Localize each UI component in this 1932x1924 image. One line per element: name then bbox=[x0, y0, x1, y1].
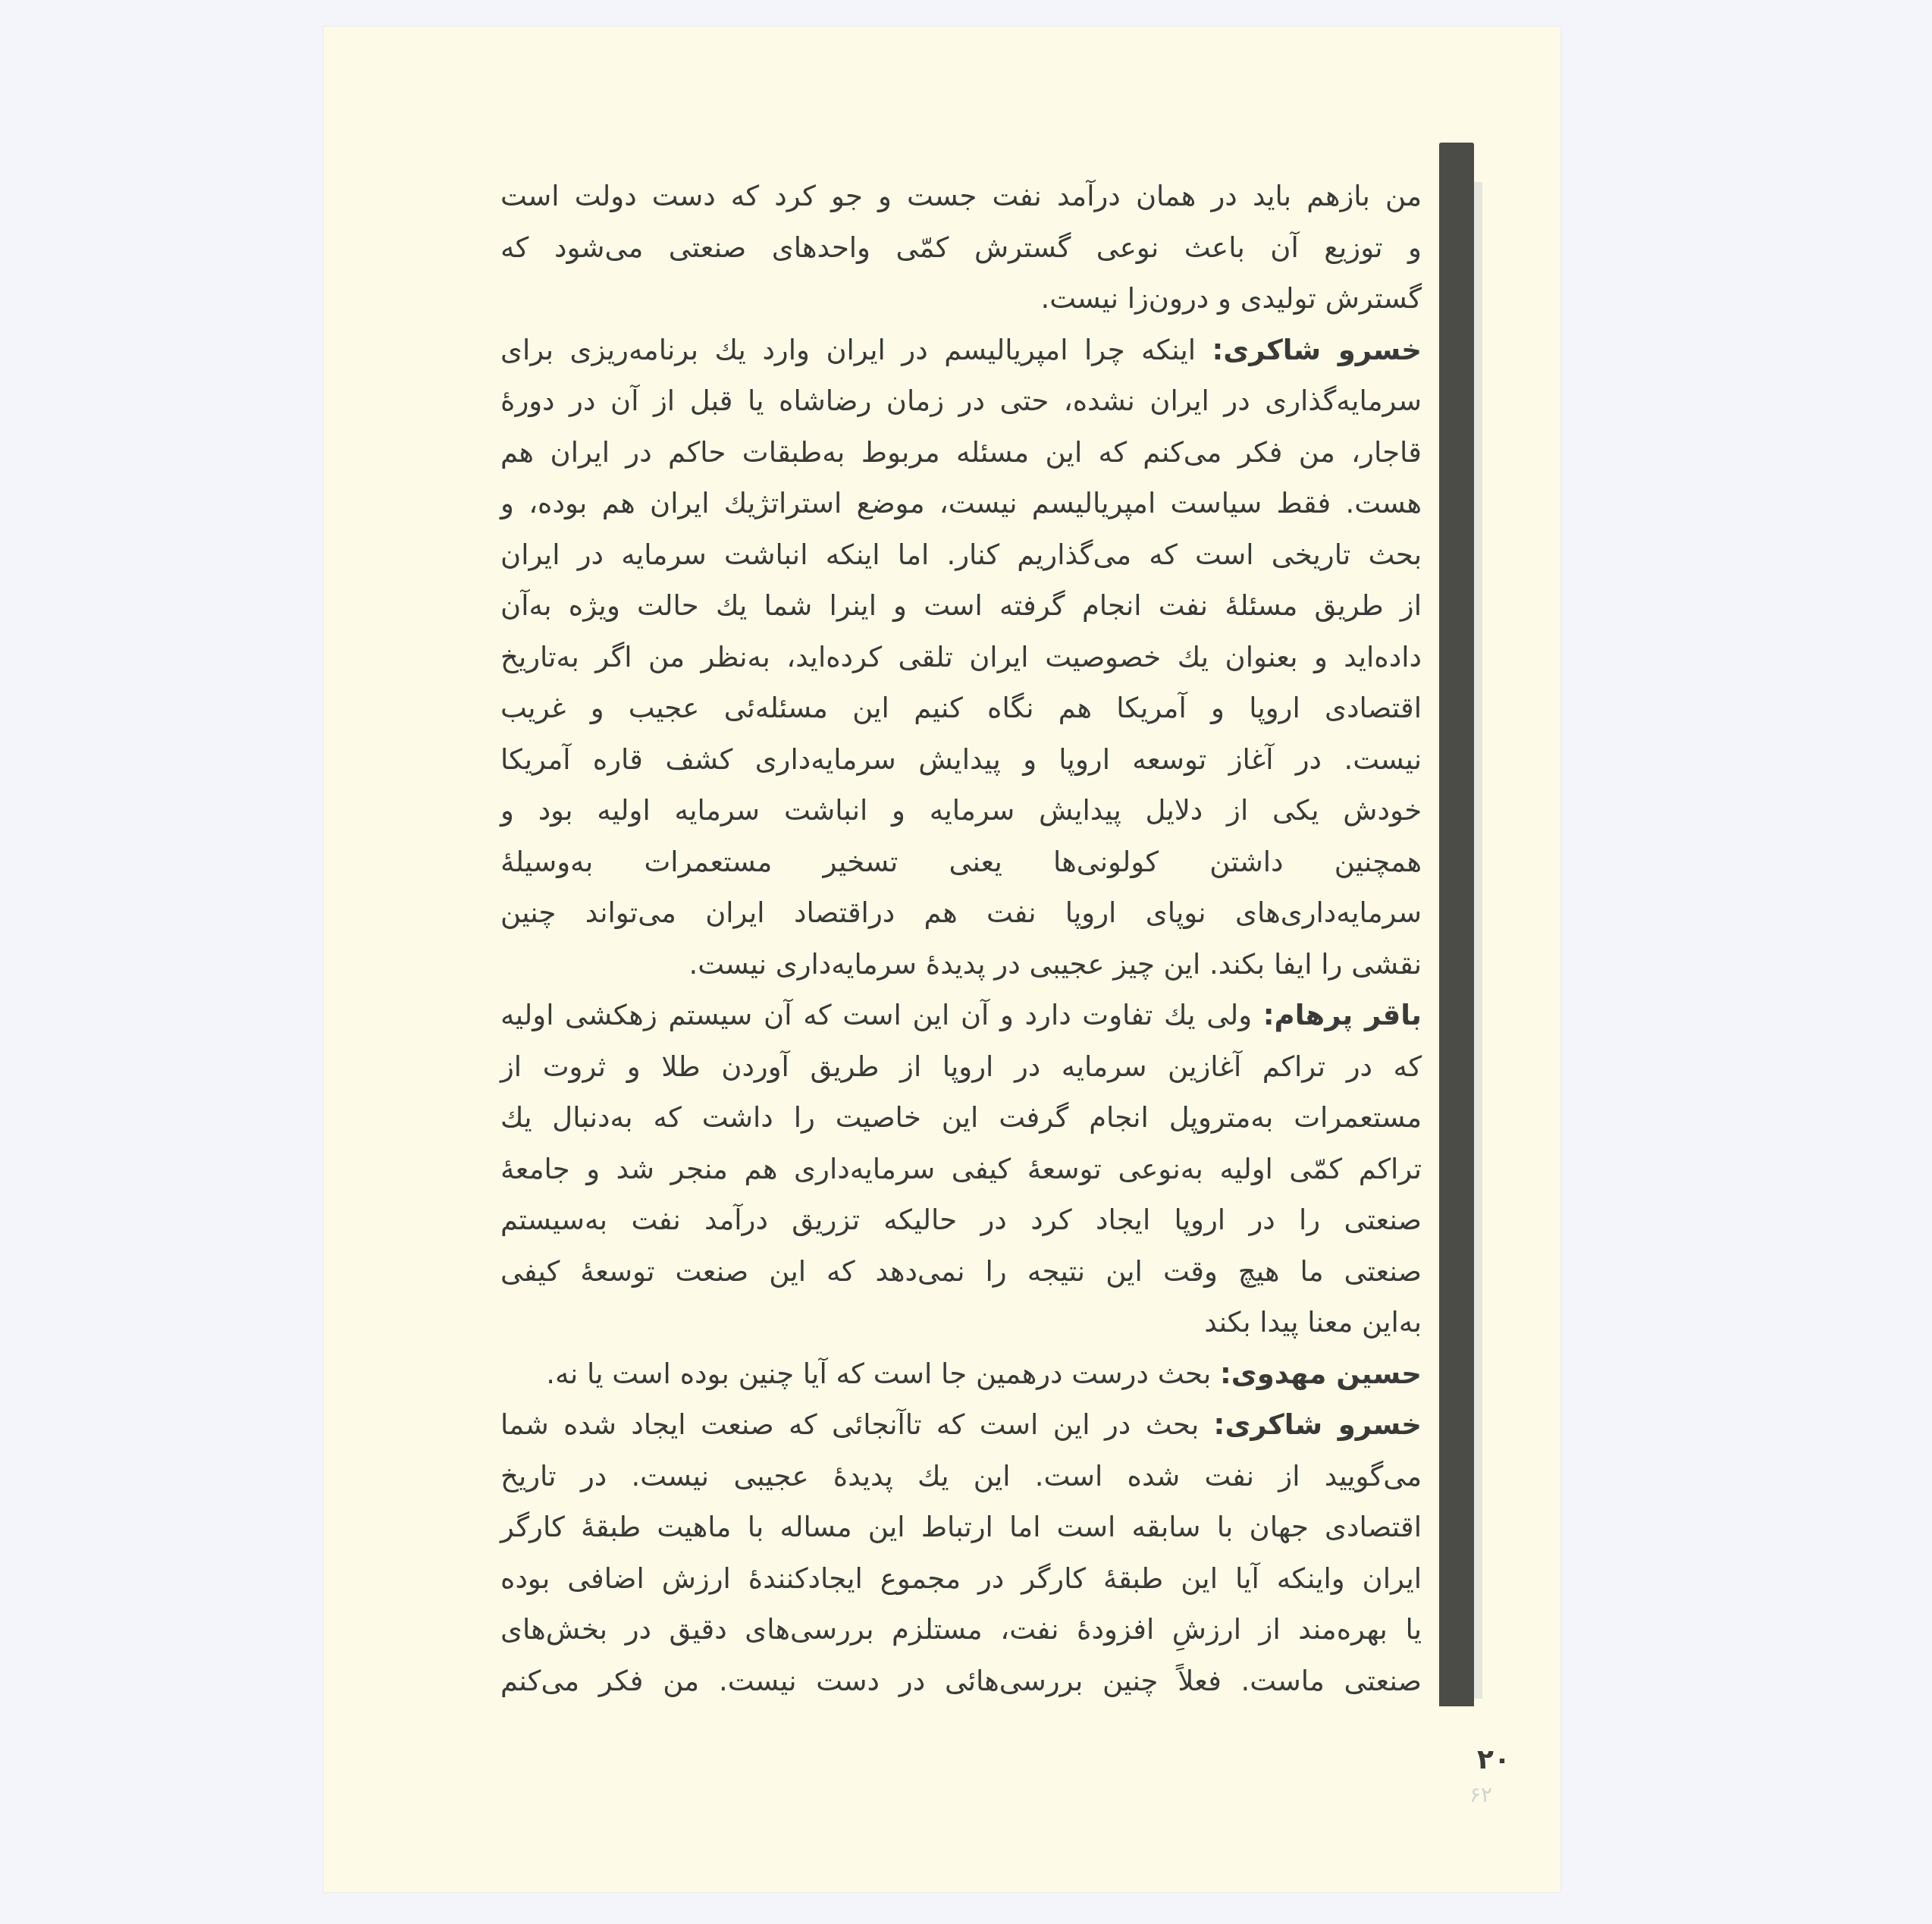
paragraph-bagher-parham: باقر پرهام: ولی یك تفاوت دارد و آن این ا… bbox=[500, 990, 1422, 1348]
line-text: بحث در این است که تاآنجائی که صنعت ایجاد… bbox=[500, 1408, 1199, 1441]
text-line: تراکم کمّی اولیه به‌نوعی توسعهٔ کیفی سرم… bbox=[500, 1144, 1422, 1195]
text-line: قاجار، من فکر می‌کنم که این مسئله مربوط … bbox=[500, 427, 1422, 479]
speaker-name: خسرو شاکری: bbox=[1212, 334, 1422, 366]
text-line: می‌گویید از نفت شده است. این یك پدیدهٔ ع… bbox=[500, 1451, 1422, 1502]
text-line: همچنین داشتن کولونی‌ها یعنی تسخیر مستعمر… bbox=[500, 836, 1422, 888]
text-line: مستعمرات به‌متروپل انجام گرفت این خاصیت … bbox=[500, 1092, 1422, 1144]
text-line: هست. فقط سیاست امپریالیسم نیست، موضع است… bbox=[500, 478, 1422, 529]
text-line: یا بهره‌مند از ارزشِ افزودهٔ نفت، مستلزم… bbox=[500, 1604, 1422, 1656]
text-line: صنعتی را در اروپا ایجاد کرد در حالیکه تز… bbox=[500, 1194, 1422, 1246]
text-line: خسرو شاکری: اینکه چرا امپریالیسم در ایرا… bbox=[500, 325, 1422, 376]
page-edge-thumb-bar bbox=[1439, 143, 1474, 1706]
text-line: اقتصادی اروپا و آمریکا هم نگاه کنیم این … bbox=[500, 683, 1422, 734]
bleed-through-page-number: ۶۲ bbox=[1469, 1782, 1492, 1807]
text-line: صنعتی ماست. فعلاً چنین بررسی‌هائی در دست… bbox=[500, 1656, 1422, 1707]
text-line: خودش یکی از دلایل پیدایش سرمایه و انباشت… bbox=[500, 785, 1422, 836]
text-line: که در تراکم آغازین سرمایه در اروپا از طر… bbox=[500, 1041, 1422, 1093]
text-line: از طریق مسئلهٔ نفت انجام گرفته است و این… bbox=[500, 580, 1422, 632]
text-line: من بازهم باید در همان درآمد نفت جست و جو… bbox=[500, 171, 1422, 222]
text-line: نقشی را ایفا بکند. این چیز عجیبی در پدید… bbox=[500, 939, 1422, 990]
text-line: و توزیع آن باعث نوعی گسترش کمّی واحدهای … bbox=[500, 222, 1422, 274]
body-text: من بازهم باید در همان درآمد نفت جست و جو… bbox=[500, 171, 1422, 1706]
line-text: اینکه چرا امپریالیسم در ایران وارد یك بر… bbox=[500, 334, 1196, 366]
text-line: صنعتی ما هیچ وقت این نتیجه را نمی‌دهد که… bbox=[500, 1246, 1422, 1298]
text-line: به‌این معنا پیدا بکند bbox=[500, 1297, 1422, 1348]
speaker-name: حسین مهدوی: bbox=[1220, 1357, 1422, 1390]
text-line: ایران واینکه آیا این طبقهٔ کارگر در مجمو… bbox=[500, 1553, 1422, 1605]
text-line: اقتصادی جهان با سابقه است اما ارتباط این… bbox=[500, 1502, 1422, 1553]
text-line: سرمایه‌داری‌های نوپای اروپا نفت هم دراقت… bbox=[500, 887, 1422, 939]
text-line: سرمایه‌گذاری در ایران نشده، حتی در زمان … bbox=[500, 375, 1422, 427]
paragraph-khosrow-shakeri-2: خسرو شاکری: بحث در این است که تاآنجائی ک… bbox=[500, 1399, 1422, 1706]
line-text: بحث درست درهمین جا است که آیا چنین بوده … bbox=[546, 1357, 1211, 1390]
text-line: حسین مهدوی: بحث درست درهمین جا است که آی… bbox=[500, 1348, 1422, 1400]
line-text: ولی یك تفاوت دارد و آن این است که آن سیس… bbox=[500, 999, 1252, 1031]
text-line: داده‌اید و بعنوان یك خصوصیت ایران تلقی ک… bbox=[500, 632, 1422, 683]
text-line: گسترش تولیدی و درون‌زا نیست. bbox=[500, 273, 1422, 325]
speaker-name: خسرو شاکری: bbox=[1214, 1408, 1422, 1441]
speaker-name: باقر پرهام: bbox=[1263, 999, 1422, 1031]
paragraph-continuation: من بازهم باید در همان درآمد نفت جست و جو… bbox=[500, 171, 1422, 325]
paragraph-hossein-mahdavi: حسین مهدوی: بحث درست درهمین جا است که آی… bbox=[500, 1348, 1422, 1400]
text-line: خسرو شاکری: بحث در این است که تاآنجائی ک… bbox=[500, 1399, 1422, 1451]
text-line: باقر پرهام: ولی یك تفاوت دارد و آن این ا… bbox=[500, 990, 1422, 1041]
paragraph-khosrow-shakeri-1: خسرو شاکری: اینکه چرا امپریالیسم در ایرا… bbox=[500, 325, 1422, 990]
page-number: ۲۰ bbox=[1477, 1744, 1510, 1775]
text-line: نیست. در آغاز توسعه اروپا و پیدایش سرمای… bbox=[500, 734, 1422, 786]
text-line: بحث تاریخی است که می‌گذاریم کنار. اما ای… bbox=[500, 529, 1422, 581]
